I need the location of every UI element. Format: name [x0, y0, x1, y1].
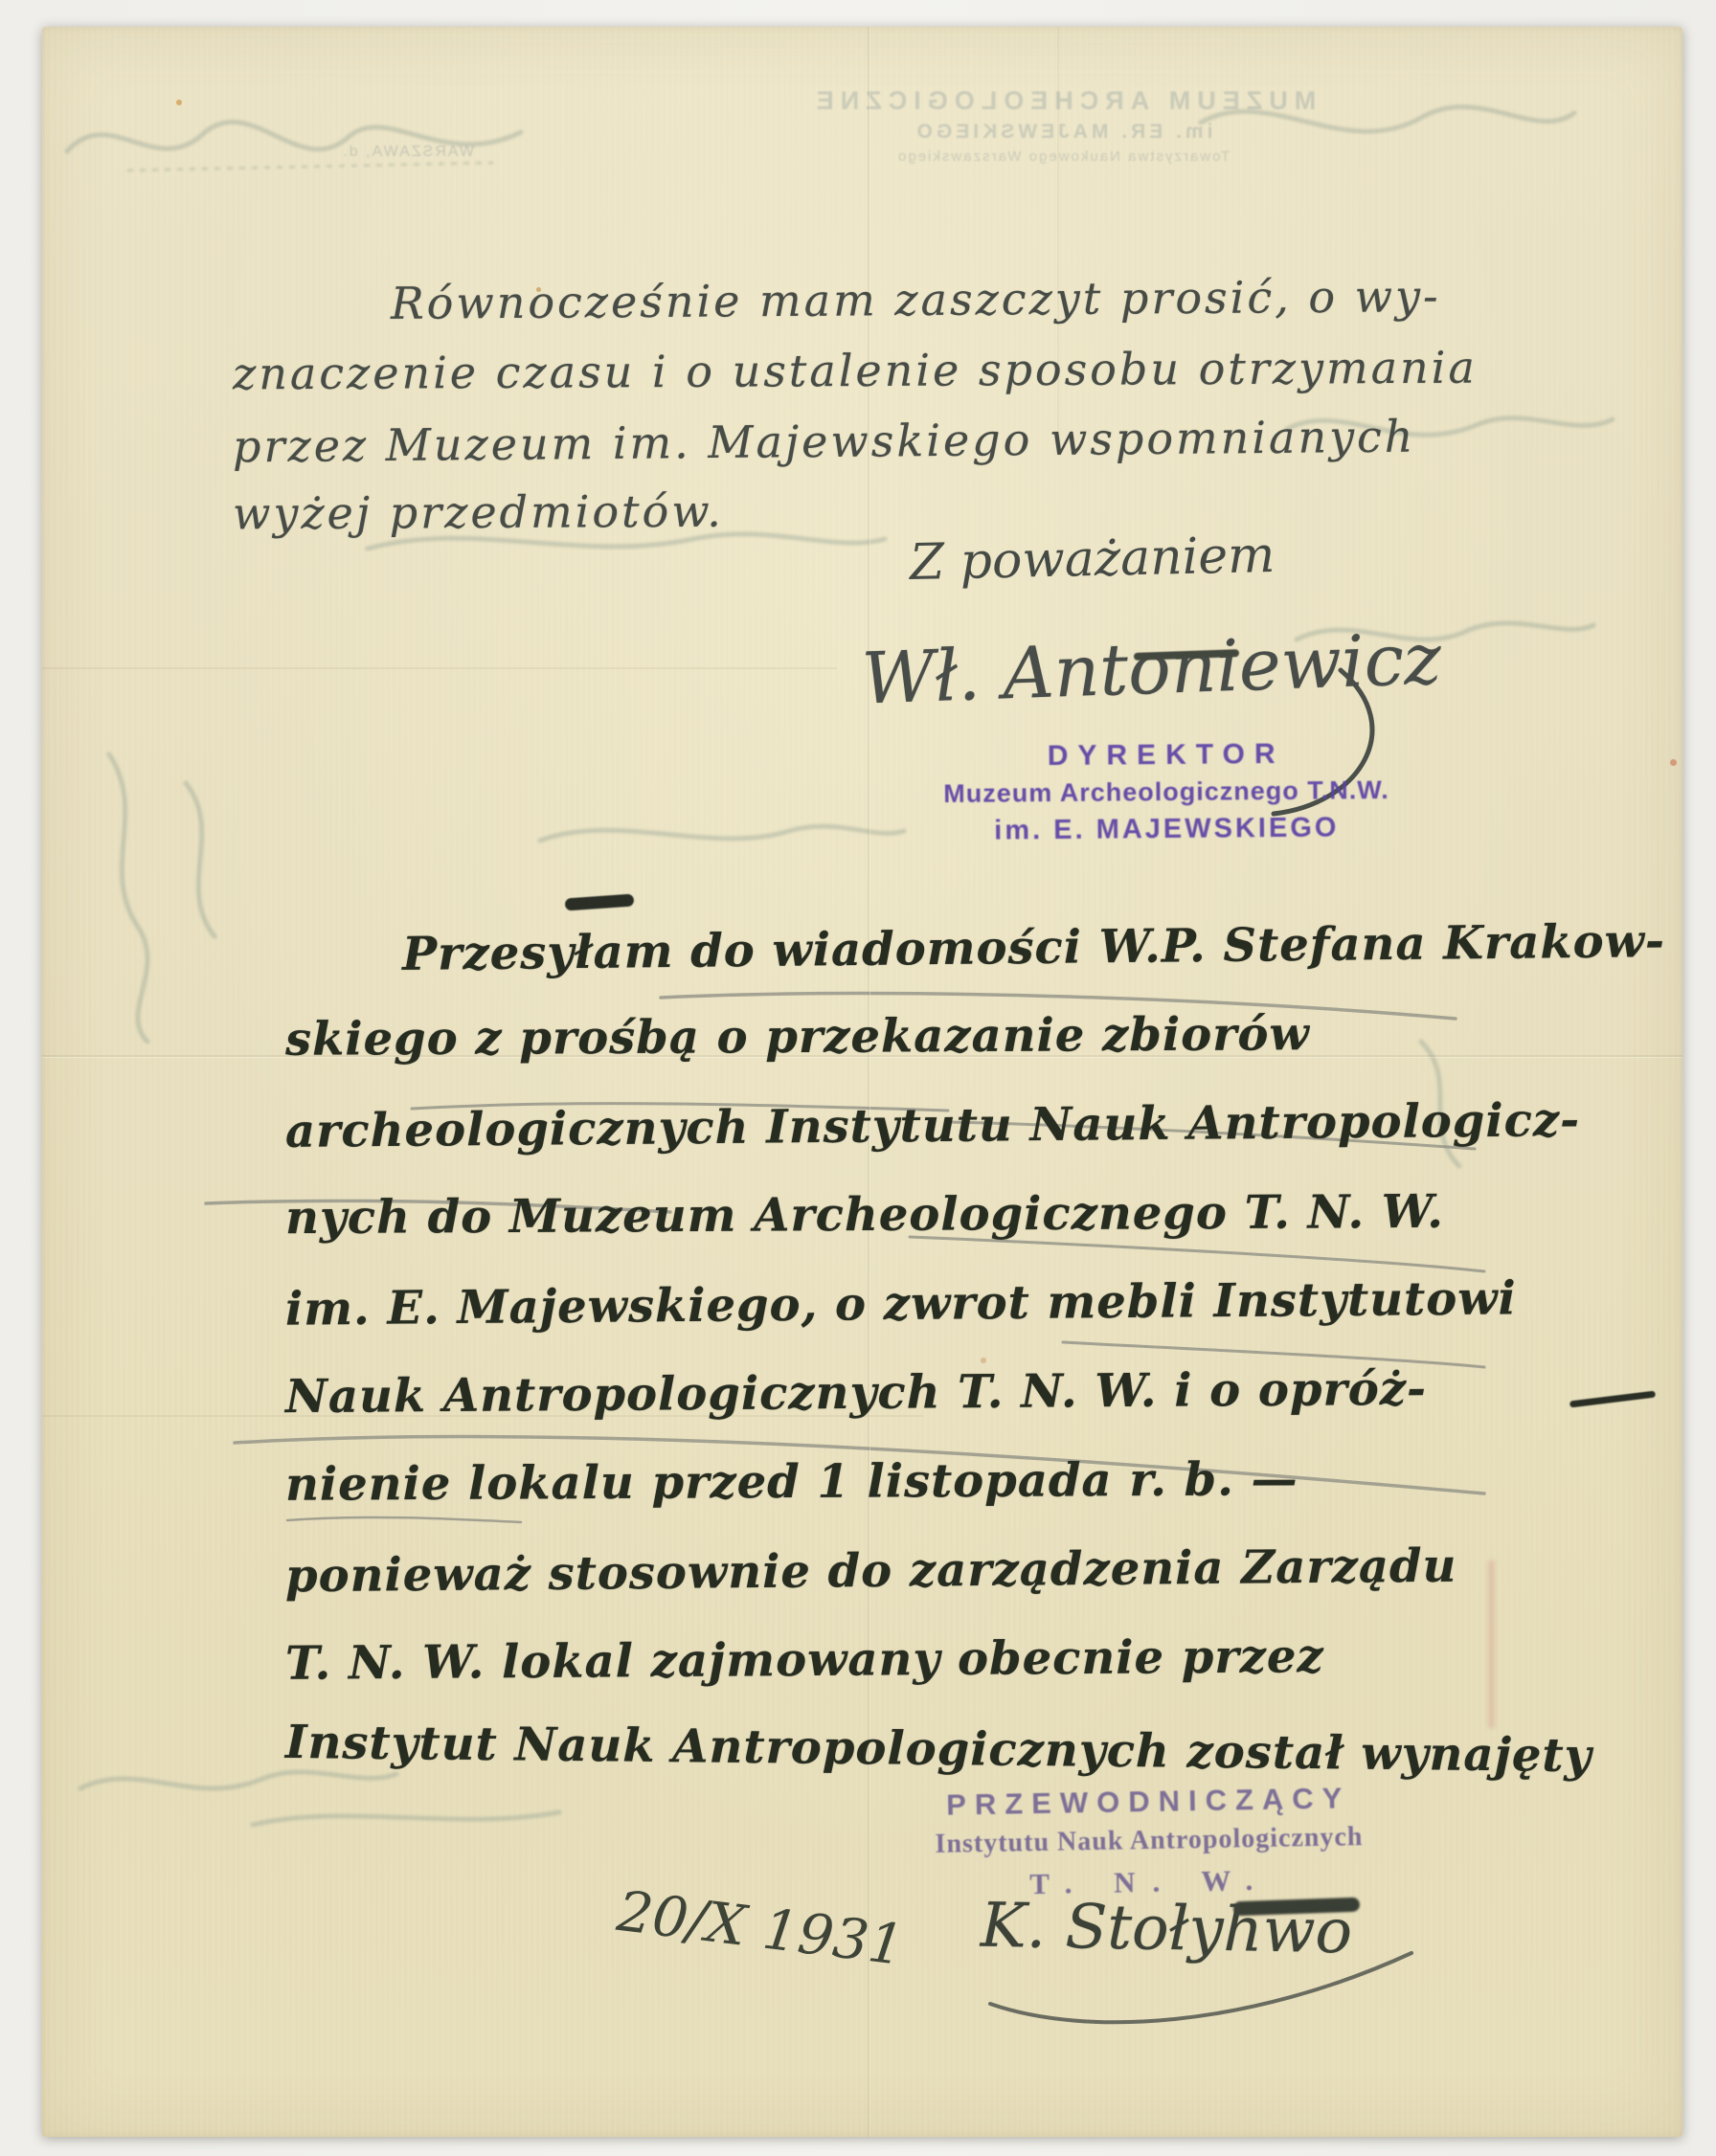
pink-stain-streak: [1488, 1561, 1495, 1728]
bleedthrough-handwriting: [186, 783, 214, 936]
director-stamp: DYREKTOR Muzeum Archeologicznego T.N.W. …: [927, 737, 1407, 847]
stamp-patron: im. E. MAJEWSKIEGO: [927, 812, 1406, 847]
horizontal-fold-crease: [42, 667, 837, 669]
bleedthrough-org-society: Towarzystwa Naukowego Warszawskiego: [795, 148, 1331, 165]
letter-line: Równocześnie mam zaszczyt prosić, o wy-: [391, 270, 1441, 329]
bleedthrough-handwriting: [109, 754, 147, 1042]
stamp-institution: Muzeum Archeologicznego T.N.W.: [927, 775, 1406, 809]
bleedthrough-org-name: MUZEUM ARCHEOLOGICZNE: [795, 86, 1331, 116]
note-line: archeologicznych Instytutu Nauk Antropol…: [285, 1093, 1580, 1158]
director-signature: Wł. Antoniewicz: [861, 618, 1443, 720]
foxing-speck: [981, 1358, 986, 1363]
stamp-institution: Instytutu Nauk Antropologicznych: [900, 1821, 1398, 1860]
closing-phrase: Z poważaniem: [909, 527, 1276, 592]
graphite-underline: [287, 1517, 521, 1522]
note-line: nienie lokalu przed 1 listopada r. b. —: [285, 1452, 1298, 1512]
stamp-title: DYREKTOR: [927, 737, 1406, 774]
chairman-signature: K. Stołyhwo: [980, 1891, 1352, 1968]
bleedthrough-handwriting: [128, 163, 492, 170]
letter-line: wyżej przedmiotów.: [233, 485, 724, 540]
vertical-fold-crease: [868, 27, 869, 2137]
handwritten-date: 20/X 1931: [614, 1878, 908, 1978]
scanned-letter: MUZEUM ARCHEOLOGICZNE im. ER. MAJEWSKIEG…: [0, 0, 1716, 2156]
note-line: Przesyłam do wiadomości W.P. Stefana Kra…: [402, 914, 1665, 981]
letter-line: przez Muzeum im. Majewskiego wspomnianyc…: [233, 411, 1416, 473]
note-line: nych do Muzeum Archeologicznego T. N. W.: [285, 1185, 1444, 1245]
note-line: skiego z prośbą o przekazanie zbiorów: [285, 1007, 1310, 1067]
letter-line: znaczenie czasu i o ustalenie sposobu ot…: [233, 342, 1478, 400]
chairman-stamp: PRZEWODNICZĄCY Instytutu Nauk Antropolog…: [899, 1780, 1399, 1903]
foxing-speck: [176, 100, 182, 105]
ink-dash: [1569, 1391, 1656, 1408]
note-line: im. E. Majewskiego, o zwrot mebli Instyt…: [285, 1271, 1517, 1336]
bleedthrough-place-line: WARSZAWA, d.: [244, 144, 474, 161]
note-line: ponieważ stosownie do zarządzenia Zarząd…: [285, 1539, 1457, 1604]
bleedthrough-org-patron: im. ER. MAJEWSKIEGO: [795, 121, 1331, 144]
bleedthrough-letterhead: MUZEUM ARCHEOLOGICZNE im. ER. MAJEWSKIEG…: [795, 86, 1331, 165]
graphite-underline: [910, 1237, 1484, 1271]
bleedthrough-handwriting: [80, 1772, 396, 1788]
note-line: T. N. W. lokal zajmowany obecnie przez: [285, 1629, 1324, 1691]
stamp-title: PRZEWODNICZĄCY: [899, 1780, 1398, 1823]
bleedthrough-handwriting: [540, 826, 904, 841]
bleedthrough-handwriting: [253, 1812, 559, 1825]
red-speck: [1670, 759, 1677, 766]
note-line: Instytut Nauk Antropologicznych został w…: [285, 1716, 1592, 1783]
letter-paper: MUZEUM ARCHEOLOGICZNE im. ER. MAJEWSKIEG…: [42, 27, 1682, 2137]
note-line: Nauk Antropologicznych T. N. W. i o opró…: [285, 1362, 1427, 1424]
ink-dash: [565, 894, 635, 911]
